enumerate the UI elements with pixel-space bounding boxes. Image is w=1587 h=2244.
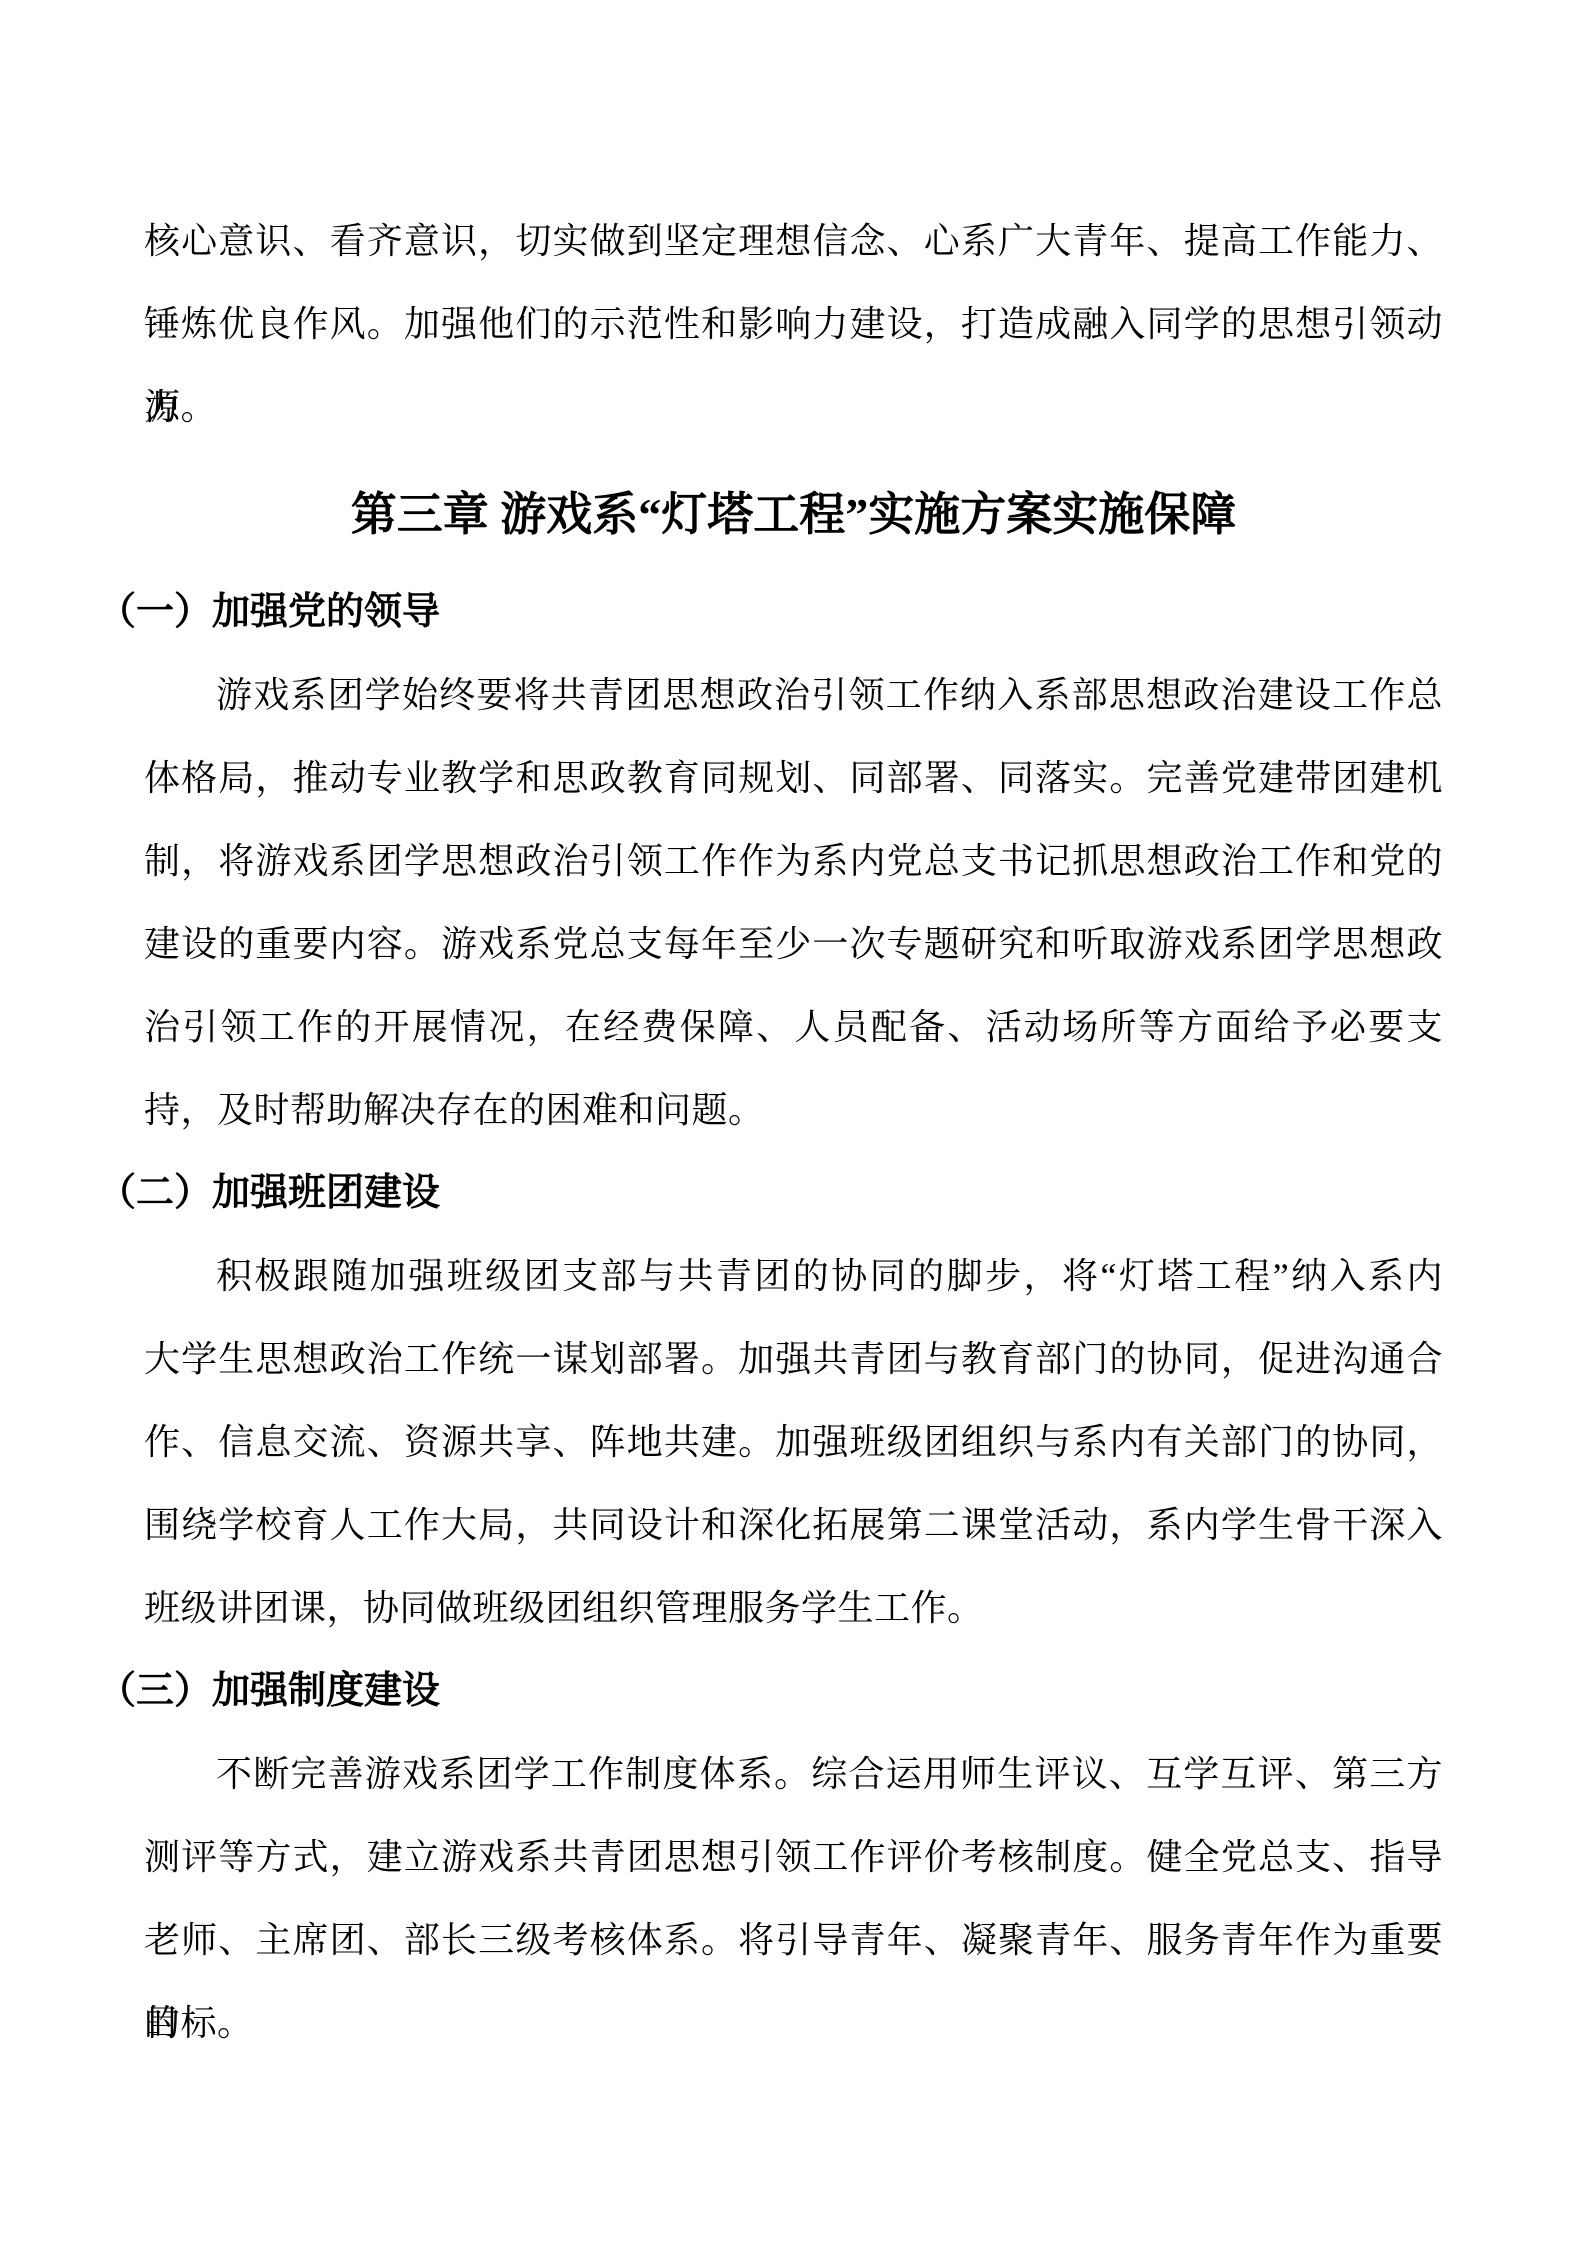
text-line: 体格局，推动专业教学和思政教育同规划、同部署、同落实。完善党建带团建机 — [144, 737, 1443, 820]
text-line: 围绕学校育人工作大局，共同设计和深化拓展第二课堂活动，系内学生骨干深入 — [144, 1484, 1443, 1567]
text-line: 治引领工作的开展情况，在经费保障、人员配备、活动场所等方面给予必要支 — [144, 986, 1443, 1069]
section-2-heading: （二）加强班团建设 — [98, 1152, 1489, 1235]
paragraph-continuation: 核心意识、看齐意识，切实做到坚定理想信念、心系广大青年、提高工作能力、 锤炼优良… — [98, 200, 1489, 449]
section-1-paragraph: 游戏系团学始终要将共青团思想政治引领工作纳入系部思想政治建设工作总 体格局，推动… — [98, 654, 1489, 1152]
text-line: 老师、主席团、部长三级考核体系。将引导青年、凝聚青年、服务青年作为重要的 — [144, 1899, 1443, 1982]
text-line: 大学生思想政治工作统一谋划部署。加强共青团与教育部门的协同，促进沟通合 — [144, 1318, 1443, 1401]
text-line: 游戏系团学始终要将共青团思想政治引领工作纳入系部思想政治建设工作总 — [144, 654, 1443, 737]
text-line: 测评等方式，建立游戏系共青团思想引领工作评价考核制度。健全党总支、指导 — [144, 1816, 1443, 1899]
section-3-heading: （三）加强制度建设 — [98, 1650, 1489, 1733]
text-line: 核心意识、看齐意识，切实做到坚定理想信念、心系广大青年、提高工作能力、 — [144, 200, 1443, 283]
text-line: 作、信息交流、资源共享、阵地共建。加强班级团组织与系内有关部门的协同， — [144, 1401, 1443, 1484]
section-3-paragraph: 不断完善游戏系团学工作制度体系。综合运用师生评议、互学互评、第三方 测评等方式，… — [98, 1733, 1489, 2065]
text-line: 制，将游戏系团学思想政治引领工作作为系内党总支书记抓思想政治工作和党的 — [144, 820, 1443, 903]
text-line: 持，及时帮助解决存在的困难和问题。 — [144, 1069, 1443, 1152]
section-1-heading: （一）加强党的领导 — [98, 571, 1489, 654]
section-3: （三）加强制度建设 不断完善游戏系团学工作制度体系。综合运用师生评议、互学互评、… — [98, 1650, 1489, 2065]
text-line: 建设的重要内容。游戏系党总支每年至少一次专题研究和听取游戏系团学思想政 — [144, 903, 1443, 986]
section-2-paragraph: 积极跟随加强班级团支部与共青团的协同的脚步，将“灯塔工程”纳入系内 大学生思想政… — [98, 1235, 1489, 1650]
text-line: 目标。 — [144, 1982, 1443, 2065]
document-page: 核心意识、看齐意识，切实做到坚定理想信念、心系广大青年、提高工作能力、 锤炼优良… — [0, 0, 1587, 2244]
text-line: 积极跟随加强班级团支部与共青团的协同的脚步，将“灯塔工程”纳入系内 — [144, 1235, 1443, 1318]
text-line: 锤炼优良作风。加强他们的示范性和影响力建设，打造成融入同学的思想引领动力 — [144, 283, 1443, 366]
chapter-heading: 第三章 游戏系“灯塔工程”实施方案实施保障 — [98, 459, 1489, 571]
text-line: 源。 — [144, 366, 1443, 449]
section-2: （二）加强班团建设 积极跟随加强班级团支部与共青团的协同的脚步，将“灯塔工程”纳… — [98, 1152, 1489, 1650]
text-line: 班级讲团课，协同做班级团组织管理服务学生工作。 — [144, 1567, 1443, 1650]
section-1: （一）加强党的领导 游戏系团学始终要将共青团思想政治引领工作纳入系部思想政治建设… — [98, 571, 1489, 1152]
text-line: 不断完善游戏系团学工作制度体系。综合运用师生评议、互学互评、第三方 — [144, 1733, 1443, 1816]
